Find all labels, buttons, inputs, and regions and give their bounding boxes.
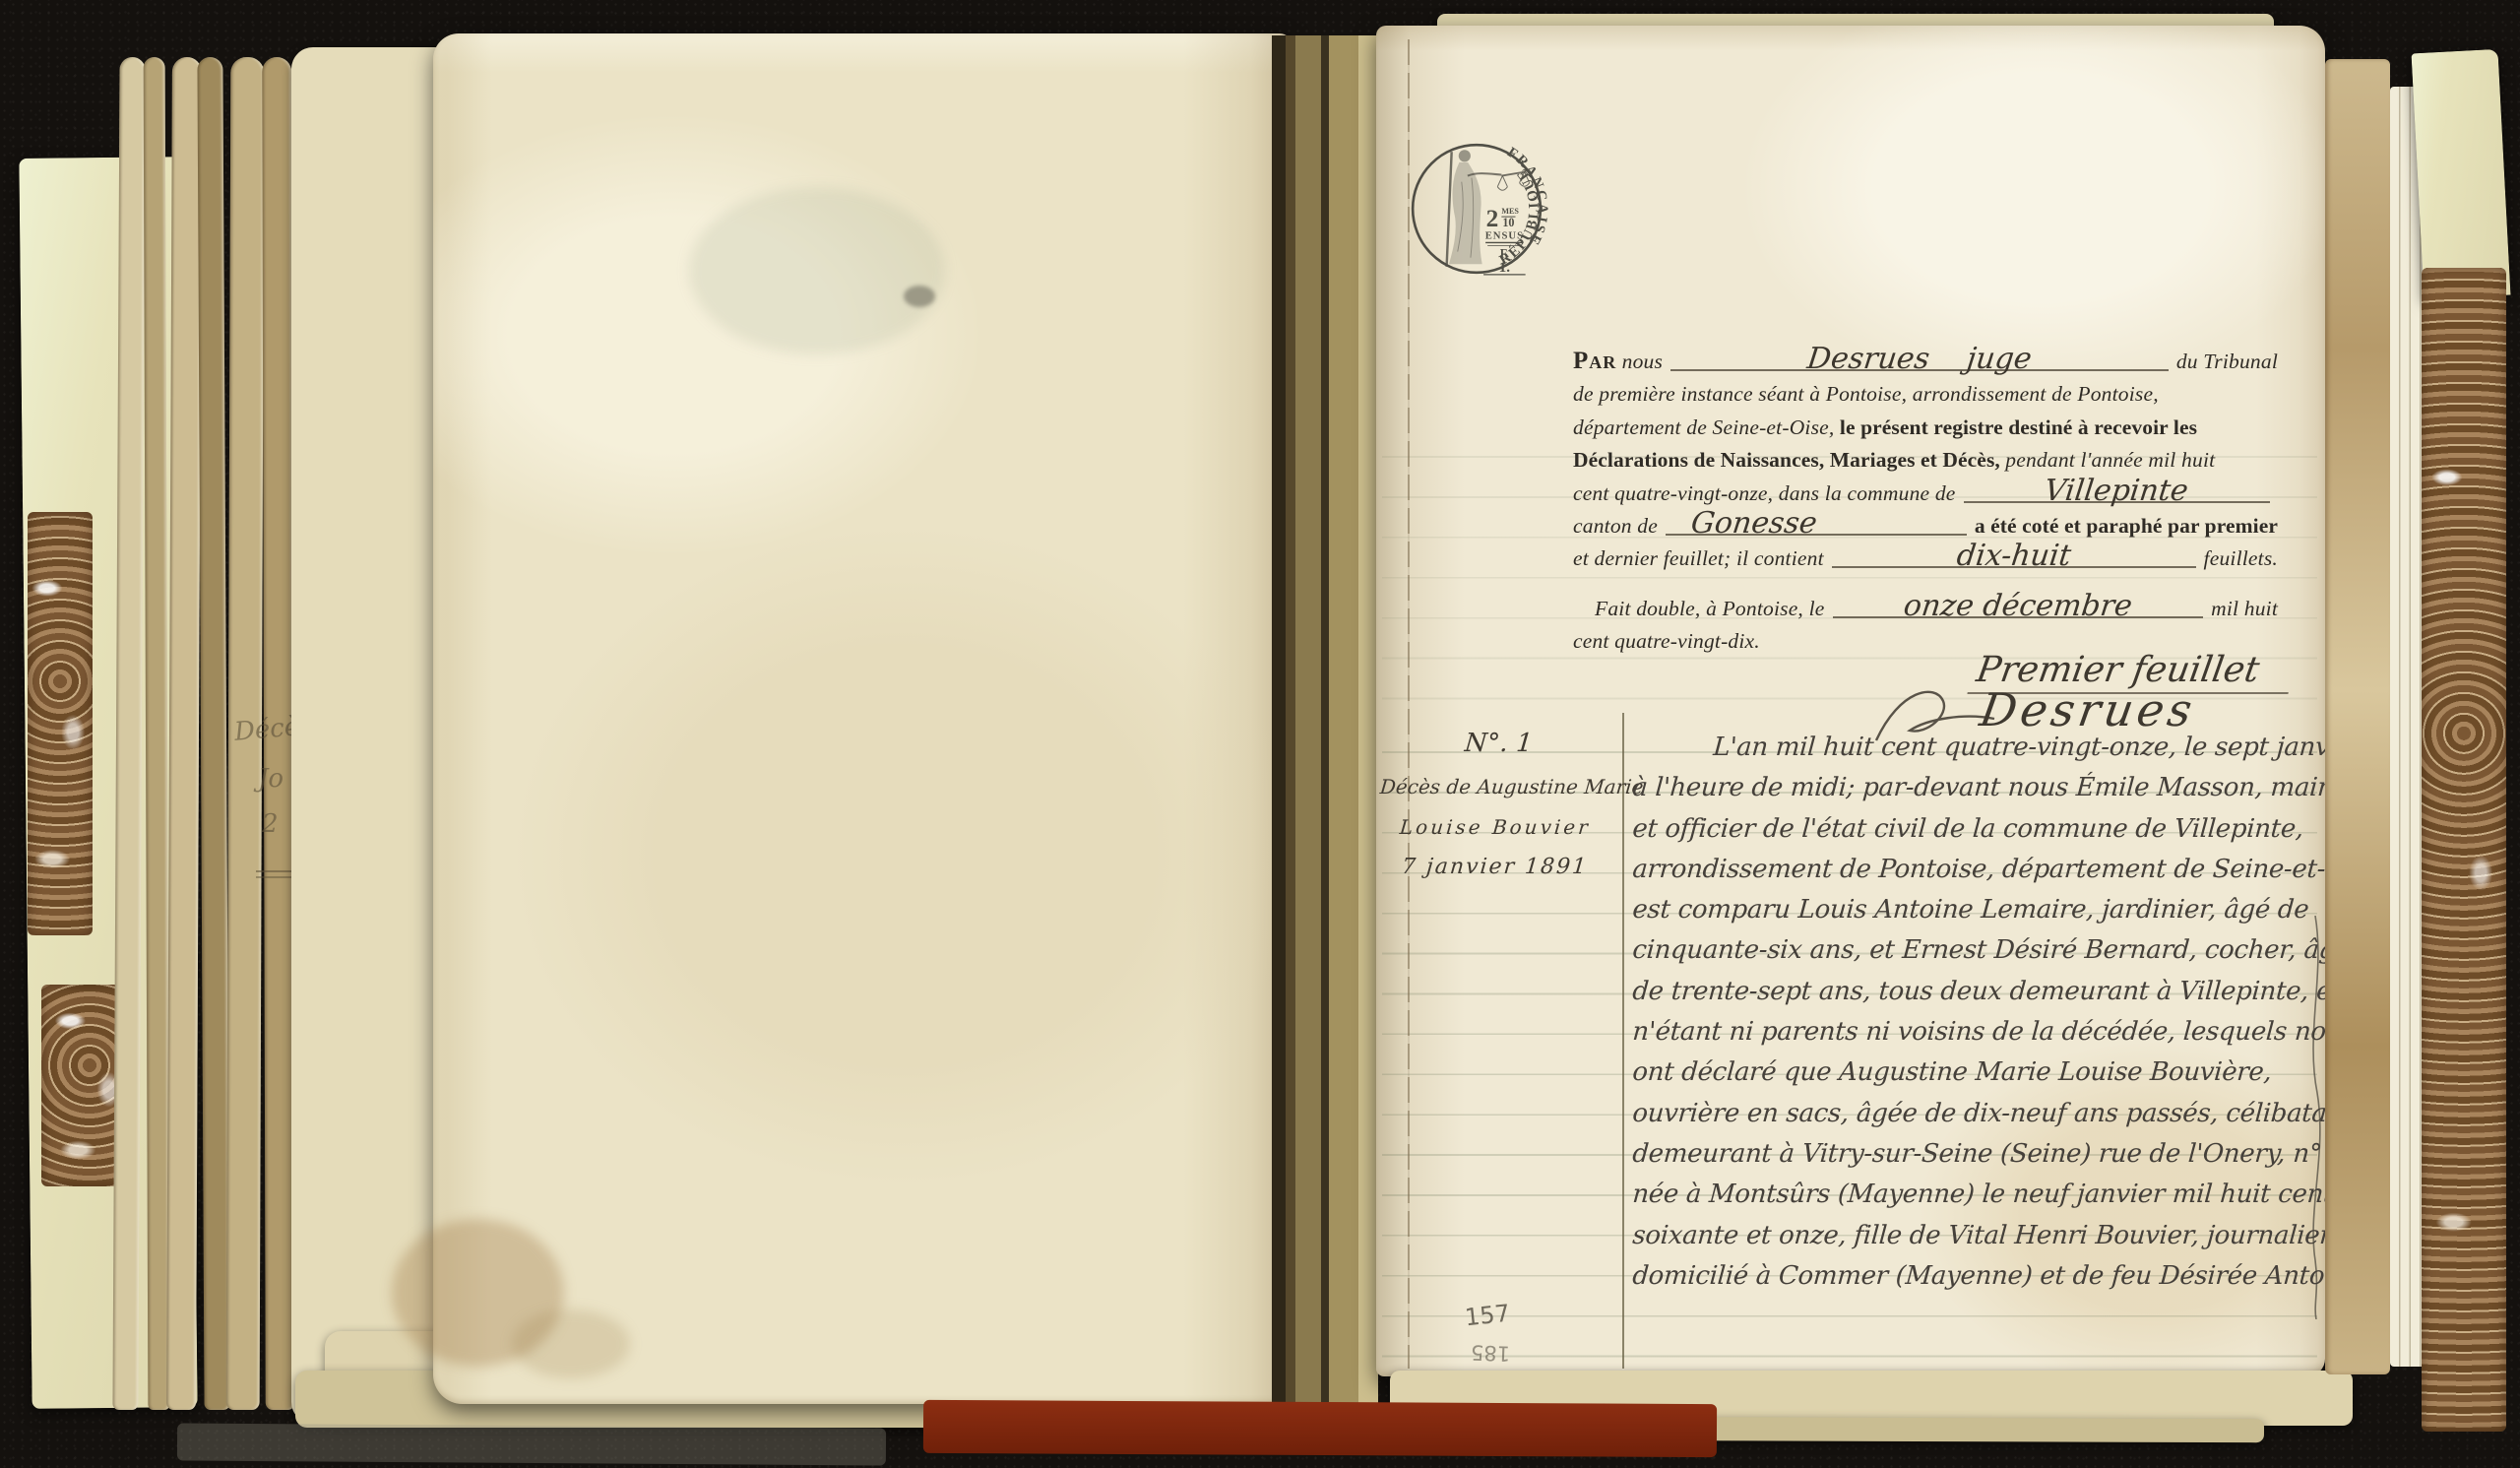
preamble-line: Fait double, à Pontoise, le onze décembr…: [1573, 593, 2278, 625]
act-number: N°. 1: [1464, 729, 1534, 758]
preamble-line: Déclarations de Naissances, Mariages et …: [1573, 444, 2278, 477]
gutter-strip: [1321, 35, 1329, 1414]
printed-text: du Tribunal: [2176, 346, 2278, 378]
stamp-one: 1.: [1499, 259, 1511, 276]
gutter-strip: [1358, 35, 1378, 1414]
stamp-sup: MES: [1501, 207, 1519, 216]
pencil-folio-number-inverted: 185: [1471, 1340, 1511, 1365]
act-line: n'étant ni parents ni voisins de la décé…: [1631, 1017, 2323, 1057]
preamble-line: département de Seine-et-Oise, le présent…: [1573, 412, 2278, 444]
stamp-sub: 10: [1502, 216, 1514, 229]
stamp-big-digit: 2: [1486, 205, 1499, 232]
act-line: de trente-sept ans, tous deux demeurant …: [1631, 977, 2323, 1017]
gutter-strip: [1329, 35, 1358, 1414]
handwritten-date: onze décembre: [1903, 597, 2133, 616]
printed-text: nous: [1622, 346, 1663, 378]
board-edge-sliver: [177, 1423, 886, 1465]
fill-in-line: onze décembre: [1833, 597, 2204, 618]
act-line: soixante et onze, fille de Vital Henri B…: [1631, 1221, 2323, 1261]
act-line: cinquante-six ans, et Ernest Désiré Bern…: [1631, 935, 2323, 976]
act-line: L'an mil huit cent quatre-vingt-onze, le…: [1631, 733, 2323, 773]
republique-francaise-stamp-icon: RÉPUBLIQUE FRANÇAISE 2 MES 10 ENSUS F.: [1402, 134, 1551, 284]
page-edge-strip: [166, 57, 202, 1410]
stain: [904, 286, 935, 307]
page-edge-strip: [197, 57, 229, 1410]
printed-text: pendant l'année mil huit: [2005, 444, 2215, 477]
act-line: à l'heure de midi; par-devant nous Émile…: [1631, 773, 2323, 813]
margin-death-name: Louise Bouvier: [1399, 815, 1592, 839]
death-act-text: L'an mil huit cent quatre-vingt-onze, le…: [1632, 733, 2321, 1302]
signature: Desrues: [1977, 683, 2200, 736]
handwritten-commune: Villepinte: [2044, 481, 2189, 501]
act-line: ont déclaré que Augustine Marie Louise B…: [1631, 1057, 2323, 1098]
margin-death-title: Décès de Augustine Marie: [1379, 775, 1645, 798]
left-marbled-paper: [28, 512, 93, 935]
handwritten-folio-count: dix-huit: [1956, 546, 2072, 566]
printed-text: Fait double, à Pontoise, le: [1595, 593, 1825, 625]
fill-in-line: Gonesse: [1666, 514, 1967, 536]
printed-text: feuillets.: [2204, 543, 2278, 575]
red-cover-spine: [923, 1400, 1717, 1457]
act-line: arrondissement de Pontoise, département …: [1631, 855, 2323, 895]
act-line: ouvrière en sacs, âgée de dix-neuf ans p…: [1631, 1099, 2323, 1139]
preamble-line: Par nous Desrues juge du Tribunal: [1573, 345, 2278, 378]
fill-in-line: Desrues juge: [1670, 350, 2169, 371]
handwritten-title: juge: [1966, 350, 2033, 369]
printed-text: canton de: [1573, 510, 1658, 543]
stain: [512, 1309, 630, 1378]
act-line: demeurant à Vitry-sur-Seine (Seine) rue …: [1631, 1139, 2323, 1180]
fill-in-line: Villepinte: [1964, 481, 2270, 503]
act-line: domicilié à Commer (Mayenne) et de feu D…: [1631, 1261, 2323, 1302]
margin-rule-line: [1622, 713, 1624, 1369]
printed-text: mil huit: [2211, 593, 2278, 625]
pencil-folio-number: 157: [1464, 1300, 1511, 1332]
preamble-line: cent quatre-vingt-onze, dans la commune …: [1573, 478, 2278, 510]
stained-page-edges: [2325, 59, 2390, 1374]
fill-in-line: dix-huit: [1832, 546, 2196, 568]
preamble-line: de première instance séant à Pontoise, a…: [1573, 378, 2278, 411]
left-page-fragment: 2: [262, 809, 279, 839]
gutter-strip: [1272, 35, 1286, 1414]
handwritten-canton: Gonesse: [1690, 514, 1818, 534]
left-page-fragment: Jo: [258, 764, 283, 794]
printed-text: le présent registre destiné à recevoir l…: [1840, 412, 2197, 444]
printed-preamble: Par nous Desrues juge du Tribunal de pre…: [1573, 345, 2278, 659]
stain: [689, 187, 945, 354]
book-scan: Décè Jo 2 RÉPUBLIQUE: [0, 0, 2520, 1468]
right-cover-cloth-corner: [2412, 49, 2511, 299]
printed-text: département de Seine-et-Oise,: [1573, 412, 1835, 444]
clean-page-edges: [2390, 87, 2425, 1367]
right-marbled-paper: [2422, 268, 2506, 1432]
printed-text: et dernier feuillet; il contient: [1573, 543, 1824, 575]
printed-text: Par: [1573, 345, 1616, 377]
act-line: et officier de l'état civil de la commun…: [1631, 814, 2323, 855]
act-line: née à Montsûrs (Mayenne) le neuf janvier…: [1631, 1180, 2323, 1220]
gutter-strip: [1286, 35, 1295, 1414]
margin-death-date: 7 janvier 1891: [1401, 855, 1589, 879]
stamp-ensus: ENSUS: [1485, 230, 1524, 241]
handwritten-name: Desrues: [1806, 350, 1930, 369]
preamble-line: et dernier feuillet; il contient dix-hui…: [1573, 543, 2278, 575]
preamble-line: canton de Gonesse a été coté et paraphé …: [1573, 510, 2278, 543]
printed-text: Déclarations de Naissances, Mariages et …: [1573, 444, 2000, 477]
gutter-strip: [1295, 35, 1321, 1414]
act-line: est comparu Louis Antoine Lemaire, jardi…: [1631, 895, 2323, 935]
